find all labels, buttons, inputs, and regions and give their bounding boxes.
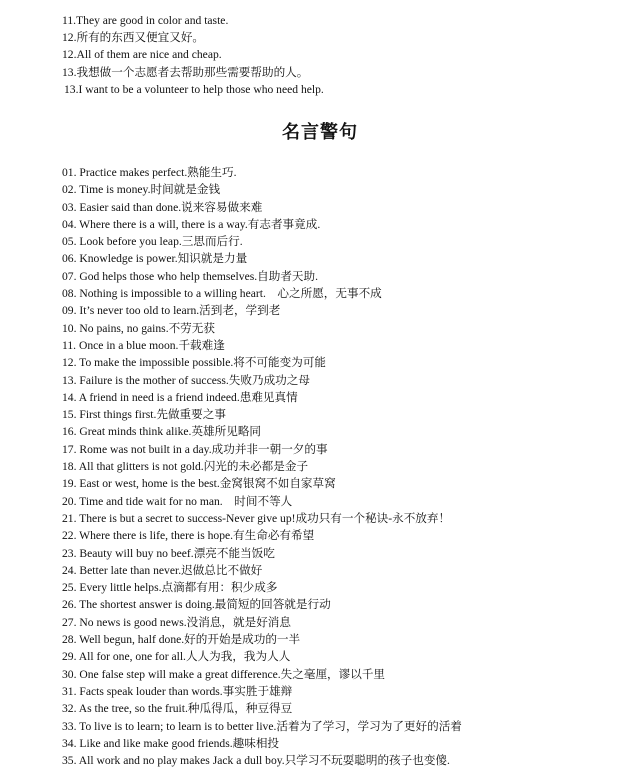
sentence-line: 13.I want to be a volunteer to help thos…: [62, 81, 324, 98]
proverb-item: 20. Time and tide wait for no man. 时间不等人: [62, 493, 462, 510]
proverb-item: 29. All for one, one for all.人人为我，我为人人: [62, 648, 462, 665]
proverb-item: 25. Every little helps.点滴都有用：积少成多: [62, 579, 462, 596]
proverb-item: 04. Where there is a will, there is a wa…: [62, 216, 462, 233]
proverb-item: 06. Knowledge is power.知识就是力量: [62, 250, 462, 267]
proverb-item: 23. Beauty will buy no beef.漂亮不能当饭吃: [62, 545, 462, 562]
sentence-line: 11.They are good in color and taste.: [62, 12, 324, 29]
proverb-item: 01. Practice makes perfect.熟能生巧.: [62, 164, 462, 181]
proverb-item: 07. God helps those who help themselves.…: [62, 268, 462, 285]
proverb-item: 08. Nothing is impossible to a willing h…: [62, 285, 462, 302]
proverb-item: 09. It’s never too old to learn.活到老，学到老: [62, 302, 462, 319]
proverb-item: 24. Better late than never.迟做总比不做好: [62, 562, 462, 579]
sentence-line: 12.所有的东西又便宜又好。: [62, 29, 324, 46]
proverb-item: 26. The shortest answer is doing.最简短的回答就…: [62, 596, 462, 613]
proverb-item: 16. Great minds think alike.英雄所见略同: [62, 423, 462, 440]
sentence-line: 12.All of them are nice and cheap.: [62, 46, 324, 63]
proverb-item: 17. Rome was not built in a day.成功并非一朝一夕…: [62, 441, 462, 458]
proverb-item: 03. Easier said than done.说来容易做来难: [62, 199, 462, 216]
proverb-item: 27. No news is good news.没消息，就是好消息: [62, 614, 462, 631]
proverb-item: 31. Facts speak louder than words.事实胜于雄辩: [62, 683, 462, 700]
proverb-item: 11. Once in a blue moon.千载难逢: [62, 337, 462, 354]
proverb-item: 14. A friend in need is a friend indeed.…: [62, 389, 462, 406]
proverb-item: 15. First things first.先做重要之事: [62, 406, 462, 423]
sentence-line: 13.我想做一个志愿者去帮助那些需要帮助的人。: [62, 64, 324, 81]
proverb-item: 13. Failure is the mother of success.失败乃…: [62, 372, 462, 389]
proverb-item: 19. East or west, home is the best.金窝银窝不…: [62, 475, 462, 492]
proverb-item: 21. There is but a secret to success-Nev…: [62, 510, 462, 527]
proverb-item: 10. No pains, no gains.不劳无获: [62, 320, 462, 337]
proverb-item: 30. One false step will make a great dif…: [62, 666, 462, 683]
proverb-list: 01. Practice makes perfect.熟能生巧. 02. Tim…: [62, 164, 462, 768]
proverb-item: 05. Look before you leap.三思而后行.: [62, 233, 462, 250]
proverb-item: 02. Time is money.时间就是金钱: [62, 181, 462, 198]
proverb-item: 35. All work and no play makes Jack a du…: [62, 752, 462, 768]
proverb-item: 22. Where there is life, there is hope.有…: [62, 527, 462, 544]
proverb-item: 32. As the tree, so the fruit.种瓜得瓜，种豆得豆: [62, 700, 462, 717]
proverb-item: 18. All that glitters is not gold.闪光的未必都…: [62, 458, 462, 475]
proverb-item: 28. Well begun, half done.好的开始是成功的一半: [62, 631, 462, 648]
proverb-item: 33. To live is to learn; to learn is to …: [62, 718, 462, 735]
top-sentences: 11.They are good in color and taste. 12.…: [62, 12, 324, 98]
proverb-item: 34. Like and like make good friends.趣味相投: [62, 735, 462, 752]
proverb-item: 12. To make the impossible possible.将不可能…: [62, 354, 462, 371]
section-title: 名言警句: [0, 118, 640, 144]
